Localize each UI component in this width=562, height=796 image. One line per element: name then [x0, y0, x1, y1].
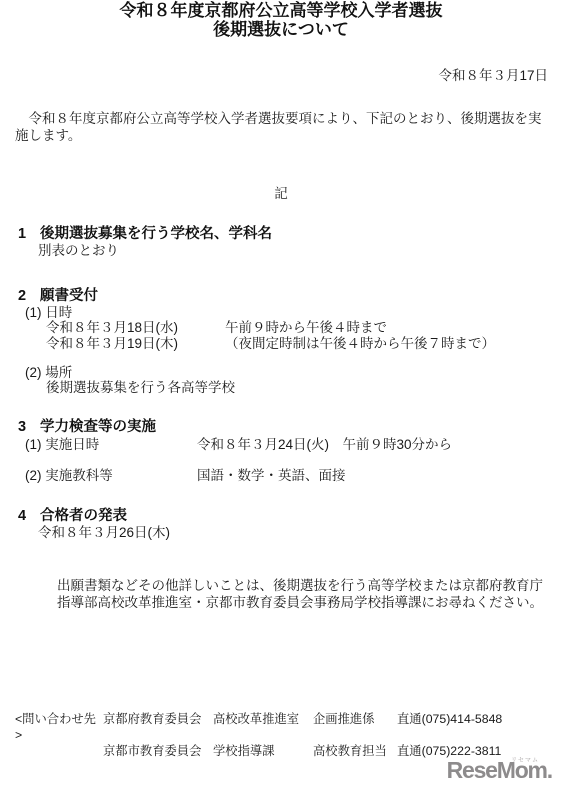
section-3-heading-text: 学力検査等の実施 [40, 419, 156, 436]
exam-item-label: (1) 実施日時 [25, 437, 197, 453]
page-title: 令和８年度京都府公立高等学校入学者選抜 後期選抜について [0, 2, 562, 39]
schedule-time: 午前９時から午後４時まで [225, 320, 387, 336]
section-application: 2 願書受付 (1) 日時 令和８年３月18日(水) 午前９時から午後４時まで … [0, 288, 562, 396]
section-2-item2-body: 後期選抜募集を行う各高等学校 [0, 380, 562, 396]
contact-label: <問い合わせ先> [15, 711, 103, 743]
section-1-number: 1 [18, 226, 40, 243]
contact-section: 企画推進係 [313, 711, 397, 743]
section-school-names: 1 後期選抜募集を行う学校名、学科名 別表のとおり [0, 226, 562, 259]
contact-org: 京都府教育委員会 [103, 711, 213, 743]
section-1-heading: 1 後期選抜募集を行う学校名、学科名 [0, 226, 562, 243]
title-line2: 後期選抜について [0, 21, 562, 40]
contact-dept: 高校改革推進室 [213, 711, 313, 743]
exam-item-value: 国語・数学・英語、面接 [197, 468, 346, 484]
document-page: 令和８年度京都府公立高等学校入学者選抜 後期選抜について 令和８年３月17日 令… [0, 0, 562, 796]
record-marker: 記 [0, 182, 562, 202]
exam-item-label: (2) 実施教科等 [25, 468, 197, 484]
contact-dept: 学校指導課 [213, 743, 313, 759]
schedule-row: 令和８年３月18日(水) 午前９時から午後４時まで [0, 320, 562, 336]
exam-item-row: (1) 実施日時 令和８年３月24日(火) 午前９時30分から [0, 437, 562, 453]
section-2-number: 2 [18, 288, 40, 305]
section-2-heading: 2 願書受付 [0, 288, 562, 305]
section-3-number: 3 [18, 419, 40, 436]
schedule-row: 令和８年３月19日(木) （夜間定時制は午後４時から午後７時まで） [0, 336, 562, 352]
schedule-date: 令和８年３月18日(水) [46, 320, 225, 336]
exam-item-value: 令和８年３月24日(火) 午前９時30分から [197, 437, 452, 453]
intro-paragraph: 令和８年度京都府公立高等学校入学者選抜要項により、下記のとおり、後期選抜を実施し… [15, 110, 548, 144]
inquiry-note: 出願書類などその他詳しいことは、後期選抜を行う高等学校または京都府教育庁指導部高… [57, 577, 549, 611]
resemom-logo: リセマム ReseMom. [447, 759, 552, 783]
section-announcement: 4 合格者の発表 令和８年３月26日(木) [0, 508, 562, 541]
contact-row: <問い合わせ先> 京都府教育委員会 高校改革推進室 企画推進係 直通(075)4… [15, 711, 554, 743]
resemom-logo-ruby: リセマム [511, 755, 539, 764]
section-2-item1-label: (1) 日時 [0, 305, 562, 320]
section-2-heading-text: 願書受付 [40, 288, 98, 305]
contact-phone: 直通(075)414-5848 [397, 711, 502, 743]
section-4-number: 4 [18, 508, 40, 525]
section-3-heading: 3 学力検査等の実施 [0, 419, 562, 436]
section-2-item2-label: (2) 場所 [0, 365, 562, 380]
section-4-heading: 4 合格者の発表 [0, 508, 562, 525]
section-1-heading-text: 後期選抜募集を行う学校名、学科名 [40, 226, 272, 243]
title-line1: 令和８年度京都府公立高等学校入学者選抜 [0, 2, 562, 21]
contact-section: 高校教育担当 [313, 743, 397, 759]
section-4-heading-text: 合格者の発表 [40, 508, 127, 525]
schedule-date: 令和８年３月19日(木) [46, 336, 225, 352]
section-4-body: 令和８年３月26日(木) [0, 525, 562, 541]
issue-date: 令和８年３月17日 [438, 64, 548, 84]
exam-item-row: (2) 実施教科等 国語・数学・英語、面接 [0, 468, 562, 484]
contact-label-spacer [15, 743, 103, 759]
schedule-time: （夜間定時制は午後４時から午後７時まで） [225, 336, 495, 352]
contact-block: <問い合わせ先> 京都府教育委員会 高校改革推進室 企画推進係 直通(075)4… [15, 711, 554, 759]
section-exam: 3 学力検査等の実施 (1) 実施日時 令和８年３月24日(火) 午前９時30分… [0, 419, 562, 484]
section-1-body: 別表のとおり [0, 243, 562, 259]
contact-org: 京都市教育委員会 [103, 743, 213, 759]
